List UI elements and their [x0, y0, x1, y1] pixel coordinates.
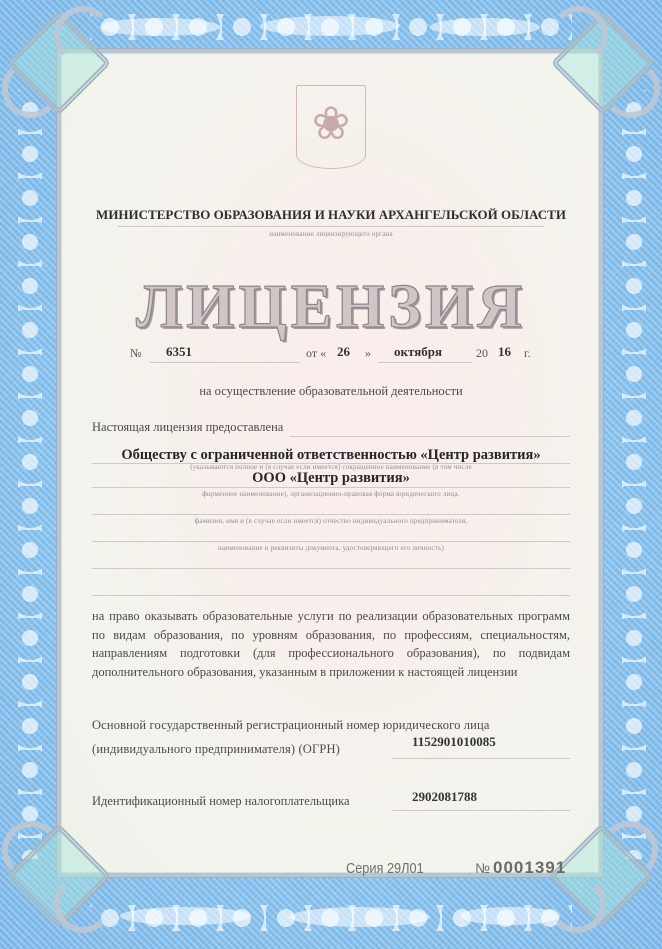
- licensee-hint: фамилия, имя и (в случае если имеется) о…: [0, 517, 662, 525]
- underline: [92, 514, 570, 515]
- blank-number: 0001391: [493, 858, 566, 878]
- coat-of-arms: ❀: [296, 85, 366, 169]
- granted-to-label: Настоящая лицензия предоставлена: [92, 420, 283, 435]
- corner-ornament-icon: [4, 8, 114, 118]
- license-purpose: на осуществление образовательной деятель…: [0, 384, 662, 399]
- date-month: октября: [394, 344, 442, 360]
- underline: [392, 810, 570, 811]
- number-label: №: [130, 346, 141, 361]
- license-number: 6351: [166, 344, 192, 360]
- license-rights-text: на право оказывать образовательные услуг…: [92, 607, 570, 681]
- ogrn-value: 1152901010085: [412, 734, 496, 750]
- date-prefix: от «: [306, 346, 326, 361]
- double-headed-eagle-icon: ❀: [307, 94, 355, 154]
- licensing-authority: МИНИСТЕРСТВО ОБРАЗОВАНИЯ И НАУКИ АРХАНГЕ…: [0, 207, 662, 223]
- date-day: 26: [337, 344, 350, 360]
- date-year: 16: [498, 344, 511, 360]
- underline: [290, 436, 570, 437]
- date-day-suffix: »: [365, 346, 371, 361]
- document-title: ЛИЦЕНЗИЯ: [0, 272, 662, 343]
- underline: [378, 362, 472, 363]
- ogrn-label: Основной государственный регистрационный…: [92, 718, 490, 733]
- authority-hint: наименование лицензирующего органа: [0, 230, 662, 238]
- corner-ornament-icon: [548, 8, 658, 118]
- border-pattern-bottom: [90, 905, 572, 931]
- underline: [92, 541, 570, 542]
- underline: [92, 487, 570, 488]
- blank-number-label: №: [475, 860, 490, 876]
- underline: [150, 362, 300, 363]
- licensee-hint: фирменное наименование), организационно-…: [0, 490, 662, 498]
- licensee-short-name: ООО «Центр развития»: [0, 470, 662, 487]
- inn-value: 2902081788: [412, 789, 477, 805]
- year-prefix: 20: [476, 346, 488, 361]
- underline: [92, 595, 570, 596]
- corner-ornament-icon: [4, 821, 114, 931]
- underline: [392, 758, 570, 759]
- border-pattern-top: [90, 14, 572, 40]
- underline: [92, 568, 570, 569]
- blank-series: Серия 29Л01: [346, 860, 424, 877]
- licensee-hint: наименование и реквизиты документа, удос…: [0, 544, 662, 552]
- underline: [118, 226, 544, 227]
- year-end: г.: [524, 346, 531, 361]
- ogrn-label-line2: (индивидуального предпринимателя) (ОГРН): [92, 742, 340, 757]
- inn-label: Идентификационный номер налогоплательщик…: [92, 794, 350, 809]
- licensee-full-name: Обществу с ограниченной ответственностью…: [0, 447, 662, 464]
